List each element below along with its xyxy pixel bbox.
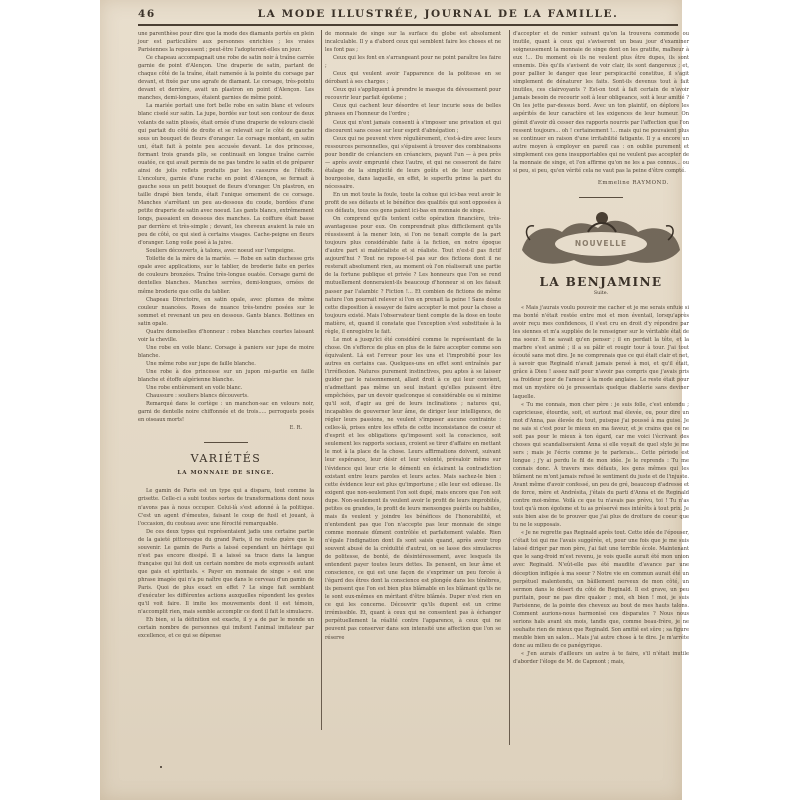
journal-title: LA MODE ILLUSTRÉE, JOURNAL DE LA FAMILLE… [198, 8, 678, 20]
header-rule [138, 24, 678, 26]
column-3: d'accepter et de renier suivant qu'on la… [513, 30, 689, 666]
paragraph: Le gamin de Paris est un type qui a disp… [138, 487, 314, 527]
paragraph: Une robe à dos princesse sur un jupon mi… [138, 368, 314, 384]
page-number: 46 [138, 8, 156, 20]
ink-speck [160, 766, 162, 768]
paragraph: De ces deux types qui représentaient jad… [138, 528, 314, 617]
paragraph: « J'en aurais d'ailleurs un autre à te f… [513, 650, 689, 666]
paragraph: Ce chapeau accompagnait une robe de sati… [138, 54, 314, 102]
paragraph: Remarqué dans le cortège : un manchon-sa… [138, 400, 314, 424]
signature: E. R. [138, 424, 314, 432]
paragraph: « Mais j'aurais voulu pouvoir me cacher … [513, 304, 689, 401]
paragraph: Ceux qui les font en s'arrangeant pour n… [325, 54, 501, 70]
paragraph: « Je ne regrette pas Reginald après tout… [513, 529, 689, 650]
column-divider-2 [509, 30, 510, 745]
paragraph: En un mot toute la foule, toute la cohue… [325, 191, 501, 215]
paragraph: une parenthèse pour dire que la mode des… [138, 30, 314, 54]
paragraph: Ceux qui n'ont jamais consenti à s'impos… [325, 119, 501, 135]
paragraph: Une robe entièrement en voile blanc. [138, 384, 314, 392]
paragraph: Eh bien, si la définition est exacte, il… [138, 616, 314, 640]
story-subtitle: Suite. [513, 290, 689, 298]
paragraph: Quatre demoiselles d'honneur : robes bla… [138, 328, 314, 344]
section-title: VARIÉTÉS [138, 455, 314, 463]
paragraph: Ceux qui veulent avoir l'apparence de la… [325, 70, 501, 86]
paragraph: Le mot a jusqu'ici été considéré comme l… [325, 336, 501, 642]
nouvelle-ornament: NOUVELLE [518, 210, 684, 268]
paragraph: Toilette de la mère de la mariée. — Robe… [138, 255, 314, 295]
column-2: de monnaie de singe sur la surface du gl… [325, 30, 501, 642]
story-title: LA BENJAMINE [513, 278, 689, 286]
paragraph: Chapeau Directoire, en satin opale, avec… [138, 296, 314, 328]
paragraph: Souliers découverts, à talons, avec noeu… [138, 247, 314, 255]
scan-margin [0, 0, 100, 800]
page-header: 46 LA MODE ILLUSTRÉE, JOURNAL DE LA FAMI… [138, 4, 678, 26]
author-signature: Emmeline RAYMOND. [513, 179, 689, 187]
paragraph: d'accepter et de renier suivant qu'on la… [513, 30, 689, 175]
ornament-label: NOUVELLE [518, 240, 684, 248]
paragraph: « Tu me connais, mon cher père : je suis… [513, 401, 689, 530]
paragraph: de monnaie de singe sur la surface du gl… [325, 30, 501, 54]
paragraph: On comprend qu'ils tentent cette opérati… [325, 215, 501, 336]
paragraph: Ceux qui s'appliquent à prendre le masqu… [325, 86, 501, 102]
newspaper-page: 46 LA MODE ILLUSTRÉE, JOURNAL DE LA FAMI… [100, 0, 682, 800]
column-divider-1 [321, 30, 322, 730]
section-subtitle: LA MONNAIE DE SINGE. [138, 469, 314, 477]
section-separator [204, 442, 248, 443]
section-separator [579, 197, 623, 198]
paragraph: Ceux qui cachent leur désordre et leur i… [325, 102, 501, 118]
paragraph: Une même robe sur jupe de faille blanche… [138, 360, 314, 368]
column-1: une parenthèse pour dire que la mode des… [138, 30, 314, 640]
paragraph: Une robe en voile blanc. Corsage à panie… [138, 344, 314, 360]
paragraph: La mariée portait une fort belle robe en… [138, 102, 314, 247]
paragraph: Chaussure : souliers blancs découverts. [138, 392, 314, 400]
paragraph: Ceux qui ne peuvent vivre régulièrement,… [325, 135, 501, 191]
